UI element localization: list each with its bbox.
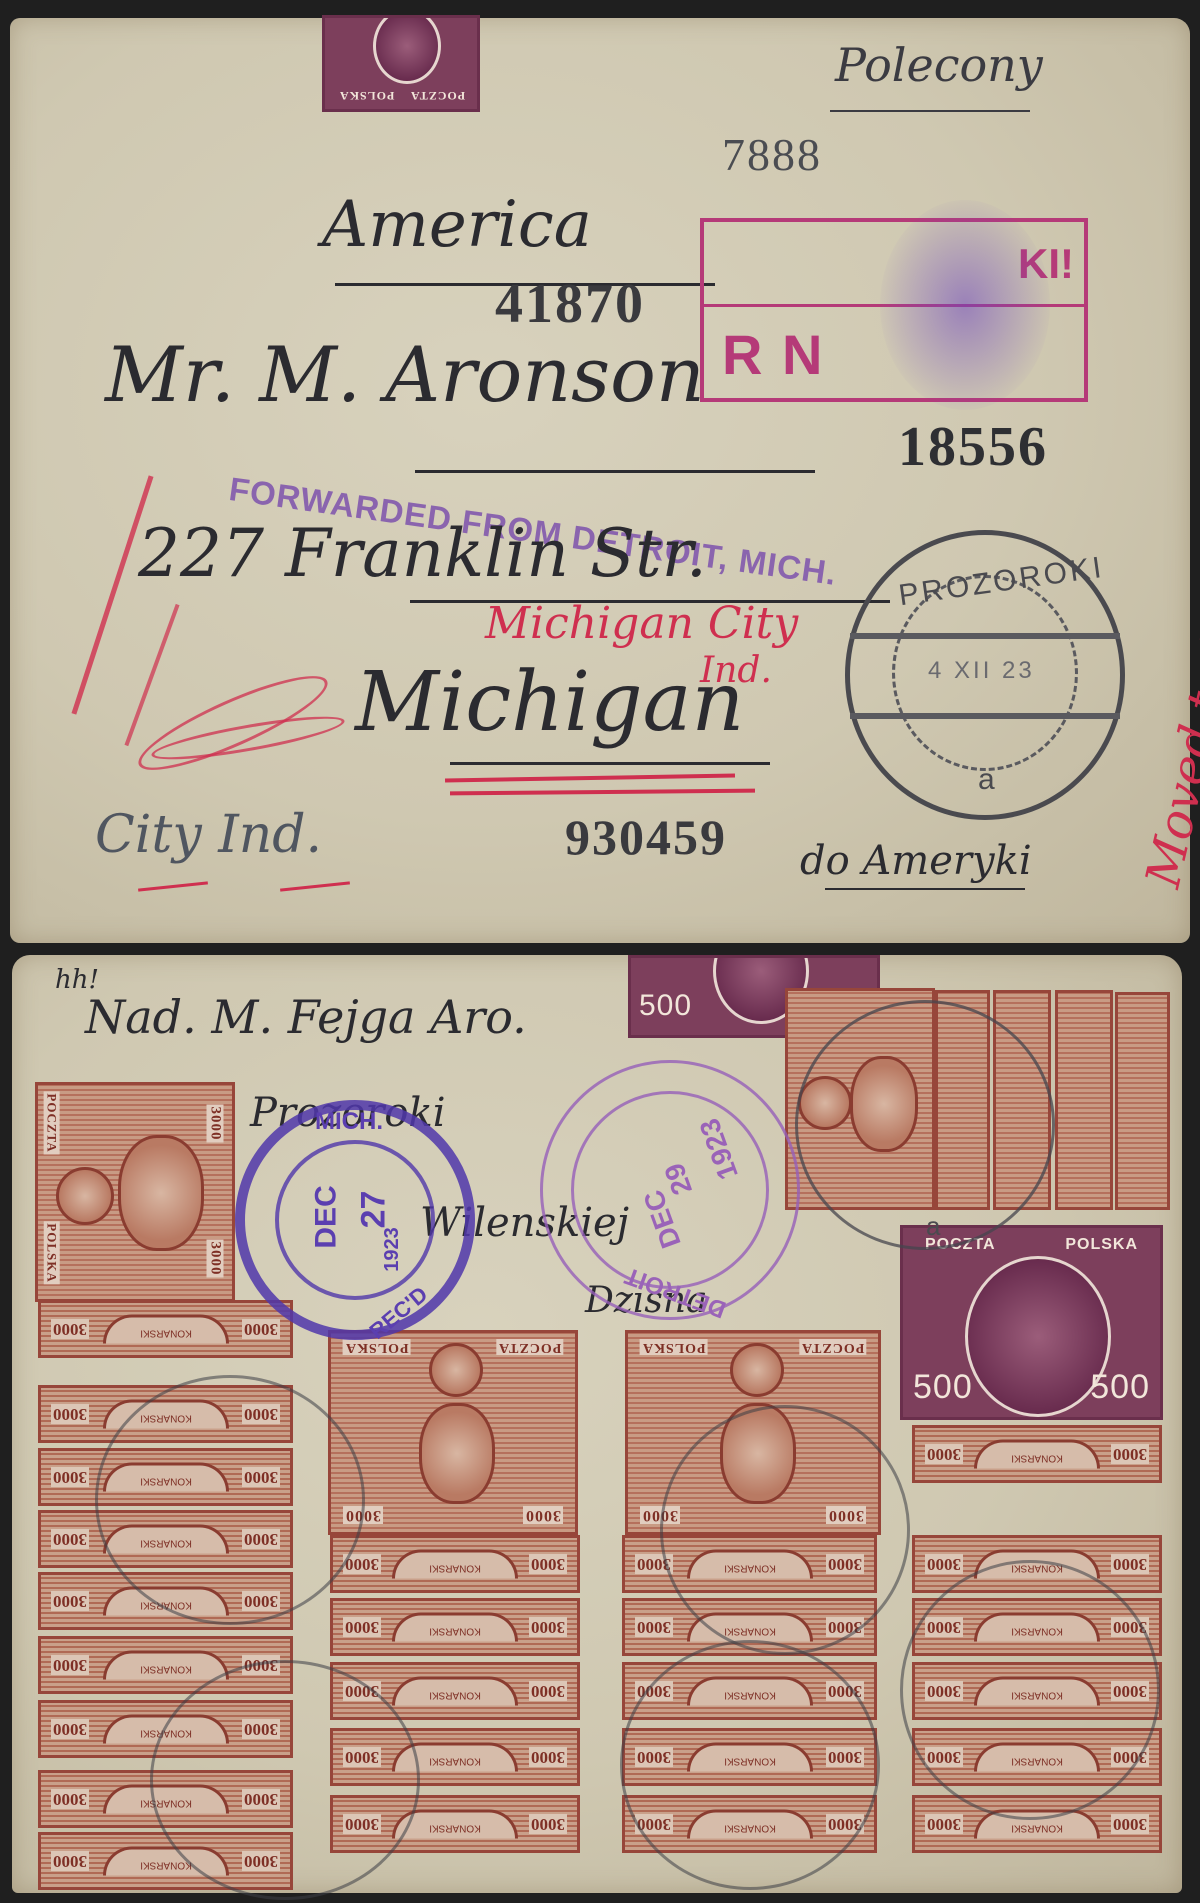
sender-line-1: Nad. M. Fejga Aro. — [85, 990, 527, 1044]
stamp-konarski-3000-fragment: 3000KONARSKI3000 — [330, 1598, 580, 1656]
street-address: 227 Franklin Str. — [138, 515, 707, 592]
registration-label: Polecony — [835, 38, 1043, 92]
stamp-500-right: POCZTA POLSKA 500 500 — [900, 1225, 1163, 1420]
stamp-value: 3000 — [51, 1591, 89, 1611]
stamp-konarski-3000-fragment: 3000KONARSKI3000 — [330, 1535, 580, 1593]
postmark-prozoroki: PROZOROKI 4 XII 23 a — [845, 530, 1125, 820]
stamp-value: 3000 — [1111, 1554, 1149, 1574]
stamp-value: 3000 — [51, 1655, 89, 1675]
eagle-medallion-icon — [730, 1343, 784, 1397]
eagle-medallion-icon — [429, 1343, 483, 1397]
eagle-emblem-icon — [965, 1256, 1111, 1417]
stamp-value: 3000 — [1111, 1444, 1149, 1464]
postmark-letter: a — [978, 763, 995, 797]
city-name: Michigan — [355, 655, 744, 750]
portrait-icon — [419, 1403, 495, 1504]
stamp-value-bottom: 3000 — [207, 1240, 224, 1278]
stamp-value-b: 3000 — [523, 1506, 563, 1524]
eagle-medallion-icon — [56, 1167, 114, 1225]
postmark-3-letter: a — [926, 1211, 940, 1242]
stamp-country-b: POCZTA — [496, 1339, 563, 1355]
stamp-value: 3000 — [1111, 1814, 1149, 1834]
stamped-number-18556: 18556 — [898, 415, 1048, 479]
stamp-value: 3000 — [51, 1789, 89, 1809]
stamp-value: 3000 — [529, 1747, 567, 1767]
cancel-ring-2 — [150, 1660, 420, 1900]
stamped-number-930459: 930459 — [565, 808, 727, 866]
stamp-value: 3000 — [925, 1444, 963, 1464]
stamp-value: 3000 — [51, 1719, 89, 1739]
stamp-country-b: POCZTA — [799, 1339, 866, 1355]
cancel-ring-4 — [620, 1640, 880, 1890]
stamp-country-a: POLSKA — [343, 1339, 411, 1355]
registration-box-n: N — [782, 322, 822, 387]
addressee-name: Mr. M. Aronson — [105, 330, 705, 419]
postmark-back-prozoroki: a — [795, 1000, 1055, 1250]
redirect-city-red: Michigan City — [485, 598, 798, 649]
registration-underline — [830, 110, 1030, 112]
stamp-name-scroll: KONARSKI — [392, 1677, 518, 1706]
registry-number-top: 7888 — [722, 128, 822, 181]
stamp-name-scroll: KONARSKI — [392, 1613, 518, 1642]
stamp-name-scroll: KONARSKI — [392, 1550, 518, 1579]
stamp-value: 3000 — [925, 1814, 963, 1834]
cancel-ring-3 — [660, 1405, 910, 1655]
stamp-value: 3000 — [51, 1851, 89, 1871]
stamp-country-bottom: POLSKA — [1065, 1236, 1138, 1254]
registration-box-letter: R — [722, 322, 762, 387]
stamp-country-top: POCZTA — [44, 1091, 60, 1154]
stamp-konarski-3000-strip-5 — [1115, 992, 1170, 1210]
stamp-value: 3000 — [529, 1681, 567, 1701]
stamp-value: 3000 — [635, 1617, 673, 1637]
routing-underline — [825, 888, 1025, 890]
stamp-value: 3000 — [529, 1617, 567, 1637]
postmark-1-day: 27 — [354, 1191, 393, 1229]
stamp-name-scroll: KONARSKI — [974, 1440, 1100, 1469]
stamp-konarski-3000-large: POCZTA POLSKA 3000 3000 — [35, 1082, 235, 1302]
city-pencil-note: City Ind. — [95, 805, 322, 865]
postmark-1-top: MICH. — [315, 1108, 383, 1136]
stamp-country-bottom: POLSKA — [44, 1221, 60, 1284]
cancel-ring-5 — [900, 1560, 1160, 1820]
portrait-icon — [118, 1135, 204, 1251]
stamp-country-bottom: POLSKA — [339, 88, 394, 103]
stamp-value-left: 500 — [913, 1368, 973, 1407]
stamp-value: 3000 — [925, 1554, 963, 1574]
stamp-front-eagle: POLSKA POCZTA — [322, 15, 480, 112]
stamp-name-scroll: KONARSKI — [103, 1315, 229, 1344]
stamp-konarski-3000-inverted-1: POLSKA POCZTA 3000 3000 — [328, 1330, 578, 1535]
postmark-date: 4 XII 23 — [928, 657, 1035, 685]
stamp-value: 3000 — [242, 1319, 280, 1339]
addressee-underline — [415, 470, 815, 473]
stamp-name-scroll: KONARSKI — [103, 1651, 229, 1680]
postmark-1-month: DEC — [310, 1185, 344, 1248]
stamp-konarski-3000-strip-4 — [1055, 990, 1113, 1210]
routing-note: do Ameryki — [800, 838, 1032, 884]
eagle-emblem-icon — [373, 15, 441, 84]
stamp-value: 3000 — [343, 1617, 381, 1637]
stamp-value: 3000 — [51, 1404, 89, 1424]
postmark-1-year: 1923 — [381, 1227, 404, 1272]
stamp-value: 3000 — [529, 1554, 567, 1574]
stamp-value-right: 500 — [1090, 1368, 1150, 1407]
stamp-value: 3000 — [51, 1529, 89, 1549]
stamped-number-41870: 41870 — [495, 272, 645, 336]
stamp-value-top: 3000 — [207, 1105, 224, 1143]
stamp-value: 3000 — [529, 1814, 567, 1834]
destination-country: America — [322, 188, 592, 262]
stamp-value: 3000 — [51, 1467, 89, 1487]
postmark-dec-27: MICH. DEC 27 1923 REC'D — [235, 1100, 475, 1340]
stamp-country-a: POLSKA — [640, 1339, 708, 1355]
stamp-country-top: POCZTA — [410, 88, 465, 103]
postmark-dec-29: DEC 29 1923 DETROIT — [540, 1060, 800, 1320]
city-underline — [450, 762, 770, 765]
purple-ink-smudge — [880, 200, 1050, 410]
stamp-konarski-3000-fragment: 3000KONARSKI3000 — [38, 1300, 293, 1358]
stamp-konarski-3000-fragment: 3000KONARSKI3000 — [912, 1425, 1162, 1483]
stamp-value-left: 500 — [639, 989, 692, 1023]
stamp-value: 3000 — [51, 1319, 89, 1339]
cancel-ring-1 — [95, 1375, 365, 1625]
